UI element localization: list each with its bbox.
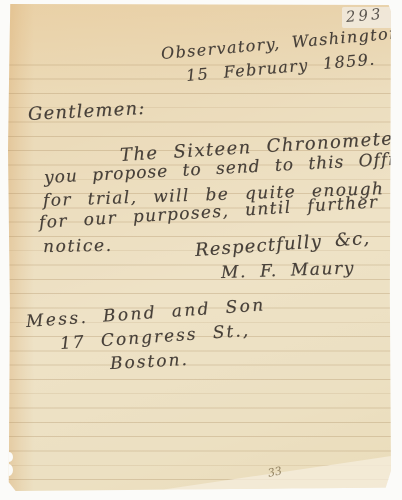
paper-edge-notch bbox=[4, 464, 13, 476]
paper-edge-notch bbox=[5, 452, 13, 462]
scanned-letter-page: 293 Observatory, Washington, 15 February… bbox=[0, 0, 402, 500]
folio-number: 293 bbox=[345, 5, 384, 26]
letter-paper: 293 Observatory, Washington, 15 February… bbox=[8, 4, 391, 491]
body-line: notice. bbox=[43, 236, 113, 257]
recipient-line: Boston. bbox=[109, 350, 189, 374]
